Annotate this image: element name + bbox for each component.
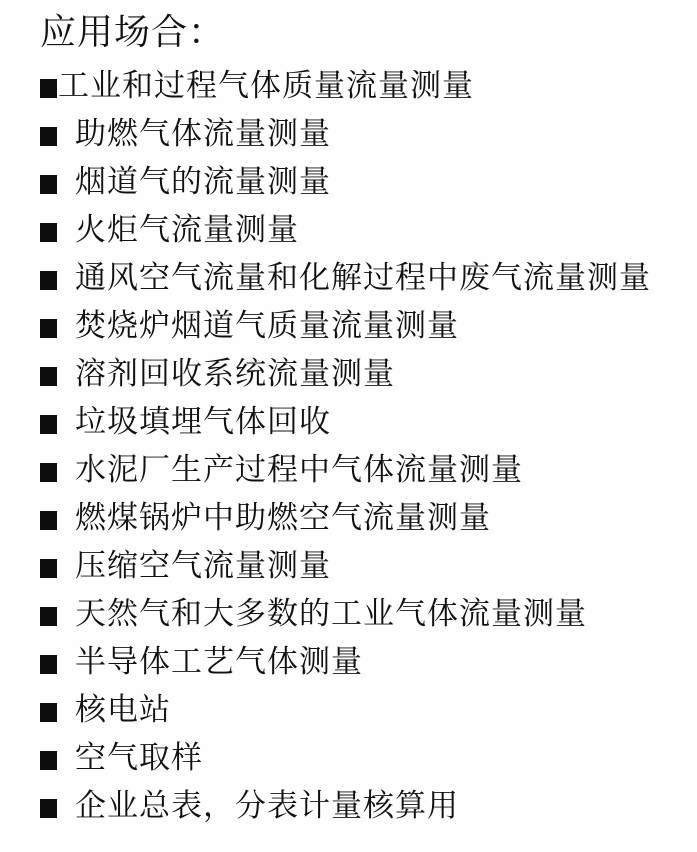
list-item-text: 烟道气的流量测量 [75,158,331,206]
square-bullet-icon [40,751,57,770]
square-bullet-icon [40,511,57,530]
document-page: 应用场合： 工业和过程气体质量流量测量助燃气体流量测量烟道气的流量测量火炬气流量… [0,0,697,852]
square-bullet-icon [40,703,57,722]
square-bullet-icon [40,463,57,482]
square-bullet-icon [40,79,57,98]
list-item-text: 空气取样 [75,734,203,782]
square-bullet-icon [40,367,57,386]
page-title: 应用场合： [40,8,687,56]
list-item-text: 溶剂回收系统流量测量 [75,350,395,398]
list-item: 水泥厂生产过程中气体流量测量 [40,446,687,494]
square-bullet-icon [40,607,57,626]
list-item-text: 压缩空气流量测量 [75,542,331,590]
list-item-text: 焚烧炉烟道气质量流量测量 [75,302,459,350]
list-item-text: 核电站 [75,686,171,734]
list-item: 核电站 [40,686,687,734]
list-item-text: 半导体工艺气体测量 [75,638,363,686]
list-item-text: 工业和过程气体质量流量测量 [58,62,474,110]
list-item-text: 天然气和大多数的工业气体流量测量 [75,590,587,638]
square-bullet-icon [40,799,57,818]
list-item: 天然气和大多数的工业气体流量测量 [40,590,687,638]
square-bullet-icon [40,655,57,674]
square-bullet-icon [40,415,57,434]
square-bullet-icon [40,127,57,146]
list-item-text: 垃圾填埋气体回收 [75,398,331,446]
list-item: 半导体工艺气体测量 [40,638,687,686]
list-item: 企业总表，分表计量核算用 [40,782,687,830]
list-item: 助燃气体流量测量 [40,110,687,158]
list-item-text: 火炬气流量测量 [75,206,299,254]
square-bullet-icon [40,319,57,338]
list-item: 火炬气流量测量 [40,206,687,254]
square-bullet-icon [40,271,57,290]
list-item: 空气取样 [40,734,687,782]
application-list: 工业和过程气体质量流量测量助燃气体流量测量烟道气的流量测量火炬气流量测量通风空气… [40,62,687,830]
list-item-text: 企业总表，分表计量核算用 [75,782,459,830]
list-item: 通风空气流量和化解过程中废气流量测量 [40,254,687,302]
square-bullet-icon [40,559,57,578]
list-item-text: 燃煤锅炉中助燃空气流量测量 [75,494,491,542]
document-content: 应用场合： 工业和过程气体质量流量测量助燃气体流量测量烟道气的流量测量火炬气流量… [0,0,697,830]
list-item: 燃煤锅炉中助燃空气流量测量 [40,494,687,542]
list-item: 烟道气的流量测量 [40,158,687,206]
square-bullet-icon [40,175,57,194]
list-item-text: 水泥厂生产过程中气体流量测量 [75,446,523,494]
list-item: 溶剂回收系统流量测量 [40,350,687,398]
list-item-text: 助燃气体流量测量 [75,110,331,158]
list-item: 垃圾填埋气体回收 [40,398,687,446]
list-item-text: 通风空气流量和化解过程中废气流量测量 [75,254,651,302]
list-item: 压缩空气流量测量 [40,542,687,590]
square-bullet-icon [40,223,57,242]
list-item: 焚烧炉烟道气质量流量测量 [40,302,687,350]
list-item: 工业和过程气体质量流量测量 [40,62,687,110]
